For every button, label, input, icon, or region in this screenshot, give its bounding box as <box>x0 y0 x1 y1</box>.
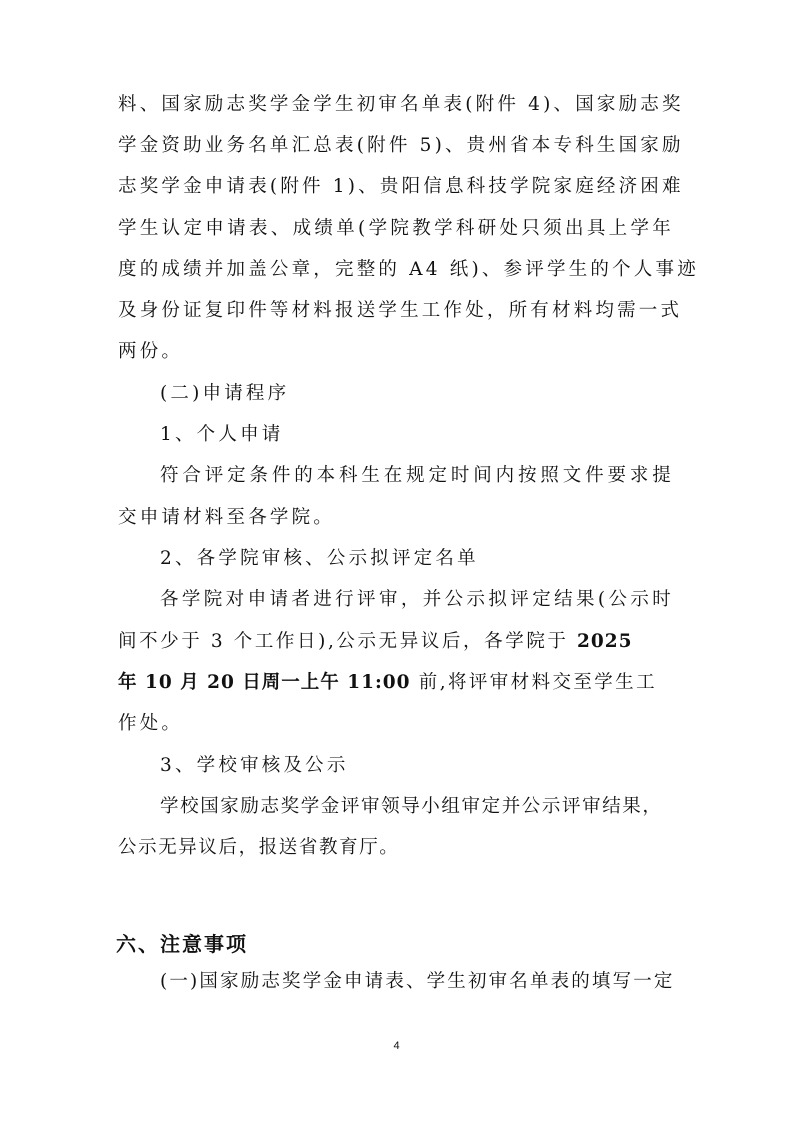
paragraph-line: 两份。 <box>118 340 674 364</box>
paragraph-line: 料、国家励志奖学金学生初审名单表(附件 4)、国家励志奖 <box>118 93 674 117</box>
paragraph-line: 学生认定申请表、成绩单(学院教学科研处只须出具上学年 <box>118 217 674 241</box>
paragraph-line: (一)国家励志奖学金申请表、学生初审名单表的填写一定 <box>160 970 674 994</box>
paragraph-line: 交申请材料至各学院。 <box>118 506 674 530</box>
step-title: 2、各学院审核、公示拟评定名单 <box>160 547 674 571</box>
step-title: 1、个人申请 <box>160 423 674 447</box>
section-heading: 六、注意事项 <box>116 928 248 957</box>
paragraph-line: 公示无异议后，报送省教育厅。 <box>118 836 674 860</box>
normal-text: 前,将评审材料交至学生工 <box>411 672 657 693</box>
paragraph-line: 志奖学金申请表(附件 1)、贵阳信息科技学院家庭经济困难 <box>118 175 674 199</box>
deadline-year: 2025 <box>577 631 633 652</box>
paragraph-line: 学金资助业务名单汇总表(附件 5)、贵州省本专科生国家励 <box>118 134 674 158</box>
paragraph-line: 度的成绩并加盖公章，完整的 A4 纸)、参评学生的个人事迹 <box>118 258 674 282</box>
subsection-title: (二)申请程序 <box>160 382 674 406</box>
paragraph-line: 符合评定条件的本科生在规定时间内按照文件要求提 <box>160 464 674 488</box>
step-title: 3、学校审核及公示 <box>160 754 674 778</box>
paragraph-line: 年 10 月 20 日周一上午 11:00 前,将评审材料交至学生工 <box>118 671 674 695</box>
paragraph-line: 间不少于 3 个工作日),公示无异议后，各学院于 2025 <box>118 630 674 654</box>
paragraph-line: 作处。 <box>118 712 674 736</box>
normal-text: 间不少于 3 个工作日),公示无异议后，各学院于 <box>118 631 577 652</box>
page-number: 4 <box>0 1040 793 1052</box>
paragraph-line: 及身份证复印件等材料报送学生工作处，所有材料均需一式 <box>118 299 674 323</box>
document-page: 料、国家励志奖学金学生初审名单表(附件 4)、国家励志奖 学金资助业务名单汇总表… <box>0 0 793 1122</box>
paragraph-line: 各学院对申请者进行评审，并公示拟评定结果(公示时 <box>160 588 674 612</box>
deadline-date: 年 10 月 20 日周一上午 11:00 <box>118 672 411 693</box>
paragraph-line: 学校国家励志奖学金评审领导小组审定并公示评审结果， <box>160 795 674 819</box>
